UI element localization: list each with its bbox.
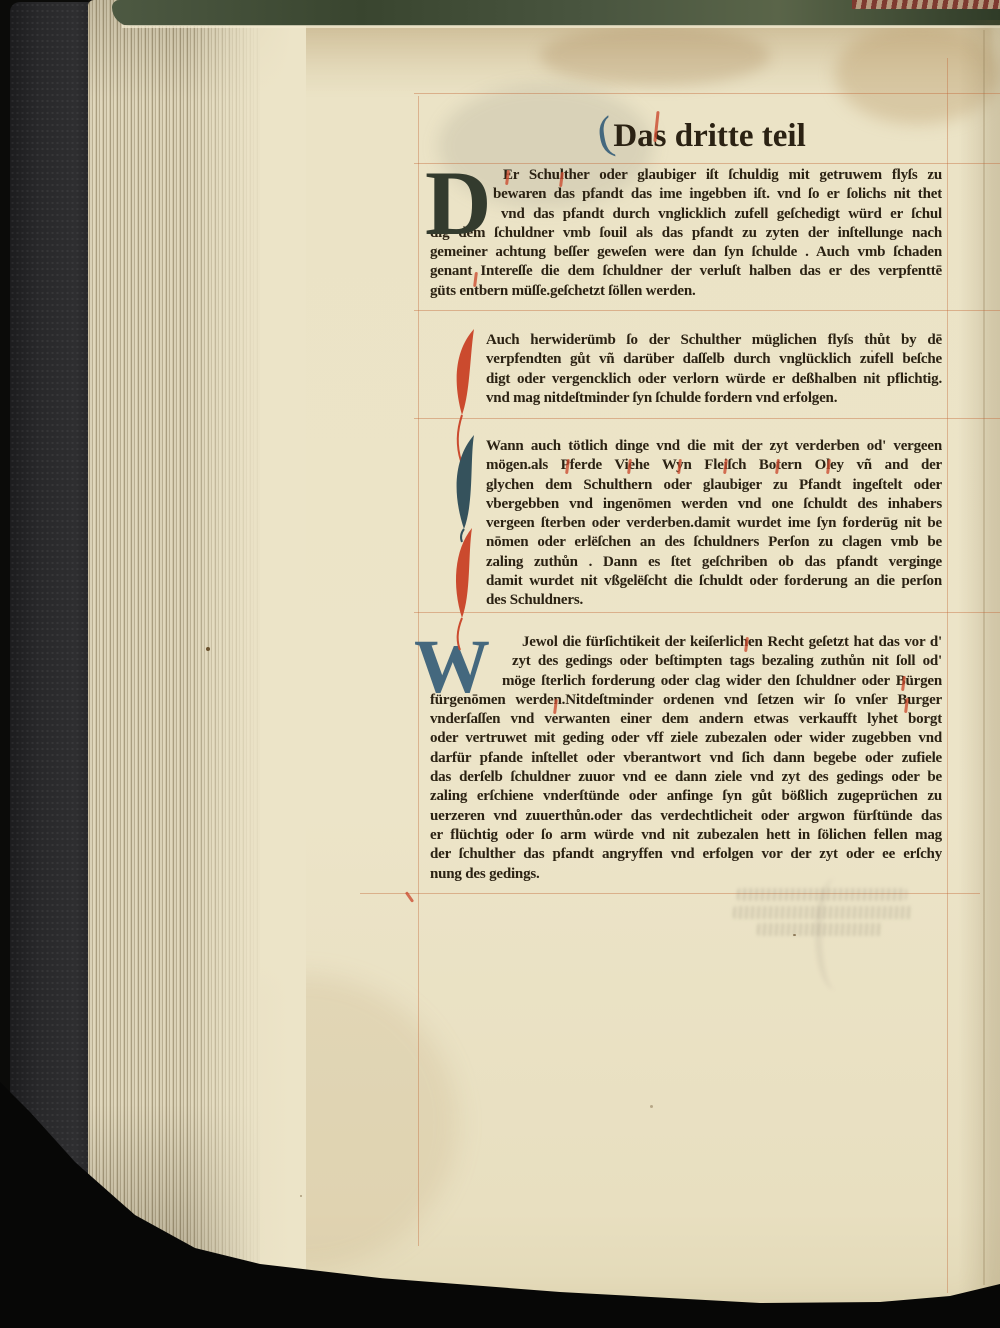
paper-speck: [793, 934, 796, 936]
text-line: Jewol die fürſichtikeit der keiſerlichen…: [430, 633, 942, 652]
text-line: Auch herwiderümb ſo der Schulther müglic…: [486, 331, 942, 350]
bleedthrough-paraph: [815, 878, 856, 990]
ruling-line-horizontal: [414, 612, 1000, 613]
paragraph-2: Auch herwiderümb ſo der Schulther müglic…: [430, 331, 942, 408]
paper-speck: [300, 1195, 302, 1197]
text-line: vnd mag nitdeſtminder ſyn ſchulde forder…: [486, 389, 942, 408]
text-line: zyt des gedings oder beſtimpten tags bez…: [430, 652, 942, 671]
ruling-line-horizontal: [414, 93, 1000, 94]
text-line: güts entbern müſſe.geſchetzt ſöllen werd…: [430, 282, 942, 301]
text-line: zaling erſchiene vnderſtünde oder anfing…: [430, 787, 942, 806]
text-line: er flüchtig oder ſo arm würde vnd nit zu…: [430, 826, 942, 845]
page-right-crease: [983, 30, 985, 1285]
text-line: zaling zuthůn . Dann es ſtet geſchriben …: [486, 553, 942, 572]
text-line: verpfendten gůt vñ darüber daſſelb durch…: [486, 350, 942, 369]
text-line: nung des gedings.: [430, 865, 942, 884]
text-line: Wann auch tötlich dinge vnd die mit der …: [486, 437, 942, 456]
text-line: vnd das pfandt durch vnglicklich zufell …: [430, 205, 942, 224]
text-line: uerzeren vnd zuuerthůn.oder das verdecht…: [430, 807, 942, 826]
text-line: möge ſterlich forderung oder clag wider …: [430, 672, 942, 691]
text-line: vnderſaſſen vnd verwanten einer dem ande…: [430, 710, 942, 729]
page-right-curvature: [958, 20, 1000, 1300]
section-heading: (Das dritte teil: [597, 104, 806, 157]
paper-speck: [206, 647, 210, 651]
text-line: damit wurdet nit vßgelëſcht die ſchuldt …: [486, 572, 942, 591]
text-line: vbergebben vnd ingenōmen werden vnd one …: [486, 495, 942, 514]
text-line: des Schuldners.: [486, 591, 942, 610]
ruling-line-horizontal: [414, 163, 1000, 164]
text-line: darfür pfande inſtellet oder vberantwort…: [430, 749, 942, 768]
text-line: fürgenōmen werden.Nitdeſtminder ordenen …: [430, 691, 942, 710]
text-line: vergeen ſterben oder verderben.damit wur…: [486, 514, 942, 533]
text-line: glychen dem Schulthern oder glaubiger zu…: [486, 476, 942, 495]
paper-speck: [650, 1105, 653, 1108]
ruling-line-horizontal: [414, 418, 1000, 419]
headband: [852, 0, 1000, 9]
page-title: Das dritte teil: [613, 118, 805, 154]
text-line: oder vertruwet mit geding oder vff ziele…: [430, 729, 942, 748]
paraph-stroke-red-icon: [444, 526, 484, 654]
ruling-line-horizontal: [414, 310, 1000, 311]
photographed-book-page: (Das dritte teil D Er Schulther oder gla…: [0, 0, 1000, 1328]
paragraph-4: W Jewol die fürſichtikeit der keiſerlich…: [430, 633, 942, 884]
page-stack-fade: [186, 0, 306, 1284]
text-line: gemeiner achtung beſſer geweſen were dan…: [430, 243, 942, 262]
text-line: mögen.als Pferde Viehe Wyn Fleiſch Boter…: [486, 456, 942, 475]
text-line: der ſchulther das pfandt angryffen vnd e…: [430, 845, 942, 864]
text-line: bewaren das pfandt das ime ingebben iſt.…: [430, 185, 942, 204]
text-line: nōmen oder erlëſchen an des ſchuldners P…: [486, 533, 942, 552]
page-top-highlight: [122, 25, 1000, 28]
text-line: digt oder vergencklich oder verlorn würd…: [486, 370, 942, 389]
paper-speck: [871, 350, 873, 352]
paragraph-3: Wann auch tötlich dinge vnd die mit der …: [430, 437, 942, 611]
text-line: das derſelb ſchuldner zuuor vnd ee dann …: [430, 768, 942, 787]
paragraph-1: D Er Schulther oder glaubiger iſt ſchuld…: [430, 166, 942, 301]
text-line: dig dem ſchuldner vmb ſouil als das pfan…: [430, 224, 942, 243]
ruling-line-vertical-right: [947, 58, 948, 1293]
text-line: genant Intereſſe die dem ſchuldner der v…: [430, 262, 942, 281]
drop-cap-initial: D: [425, 157, 491, 249]
